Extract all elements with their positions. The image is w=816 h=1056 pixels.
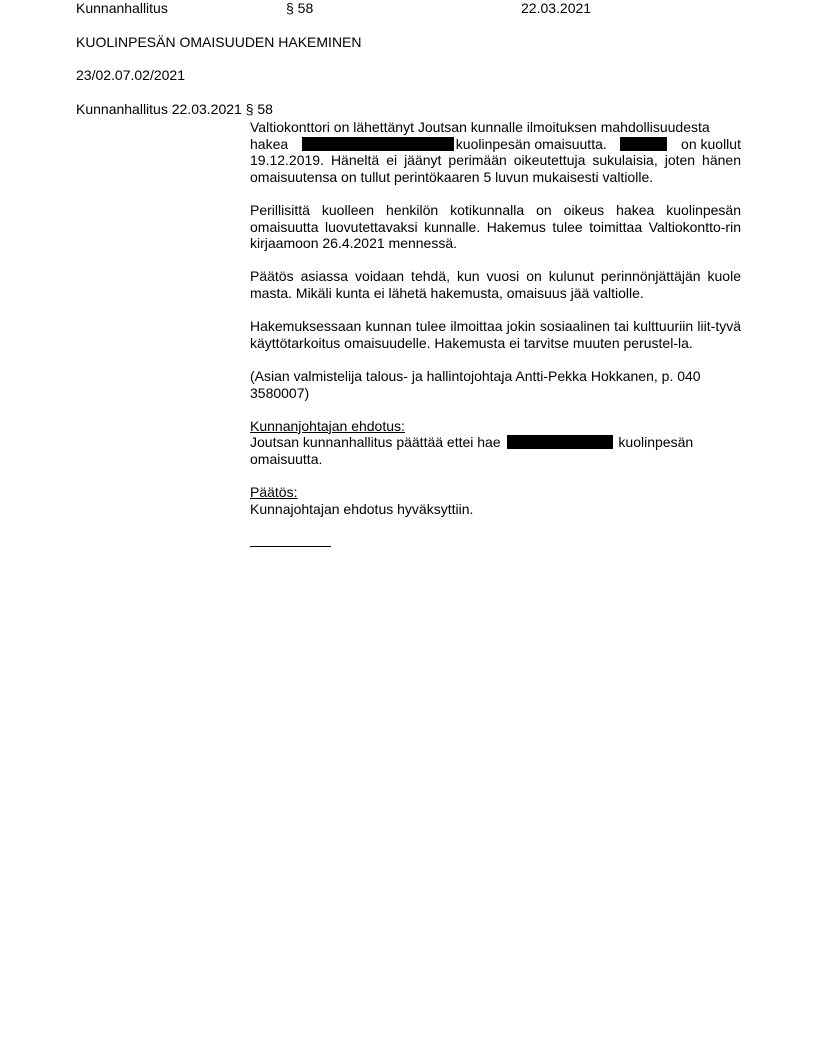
proposal-heading: Kunnanjohtajan ehdotus: [250,418,741,435]
closing-rule [250,534,741,551]
paragraph-1-line-1: Valtiokonttori on lähettänyt Joutsan kun… [250,119,741,136]
redacted-name [507,435,613,449]
proposal-text-line: Joutsan kunnanhallitus päättää ettei hae… [250,434,741,451]
decision-text: Kunnajohtajan ehdotus hyväksyttiin. [250,501,741,518]
redacted-name [302,137,454,151]
proposal-text-a: Joutsan kunnanhallitus päättää ettei hae [250,434,501,450]
paragraph-3: Päätös asiassa voidaan tehdä, kun vuosi … [250,268,741,301]
header-section: § 58 [286,0,313,16]
paragraph-2: Perillisittä kuolleen henkilön kotikunna… [250,202,741,252]
paragraph-1-text-b: kuolinpesän omaisuutta. [456,136,607,153]
header-body: Kunnanhallitus [76,0,168,16]
proposal-text-b: kuolinpesän [618,434,693,450]
header-date: 22.03.2021 [521,0,591,16]
decision-section: Päätös: Kunnajohtajan ehdotus hyväksytti… [250,484,741,517]
reference-number: 23/02.07.02/2021 [76,67,185,83]
paragraph-1-rest: 19.12.2019. Häneltä ei jäänyt perimään o… [250,152,741,185]
redacted-name [620,137,667,151]
document-body: Valtiokonttori on lähettänyt Joutsan kun… [250,119,741,550]
horizontal-rule [250,534,331,547]
paragraph-1-text-a: hakea [250,136,288,153]
paragraph-4: Hakemuksessaan kunnan tulee ilmoittaa jo… [250,318,741,351]
paragraph-1-text-c: on kuollut [681,136,741,153]
document-title: KUOLINPESÄN OMAISUUDEN HAKEMINEN [76,34,362,50]
proposal-section: Kunnanjohtajan ehdotus: Joutsan kunnanha… [250,418,741,468]
paragraph-1: Valtiokonttori on lähettänyt Joutsan kun… [250,119,741,185]
paragraph-1-line-2: hakea kuolinpesän omaisuutta. on kuollut [250,136,741,153]
paragraph-5: (Asian valmistelija talous- ja hallintoj… [250,368,741,401]
proposal-text-c: omaisuutta. [250,451,741,468]
decision-heading: Päätös: [250,484,741,501]
meeting-reference: Kunnanhallitus 22.03.2021 § 58 [76,101,273,117]
